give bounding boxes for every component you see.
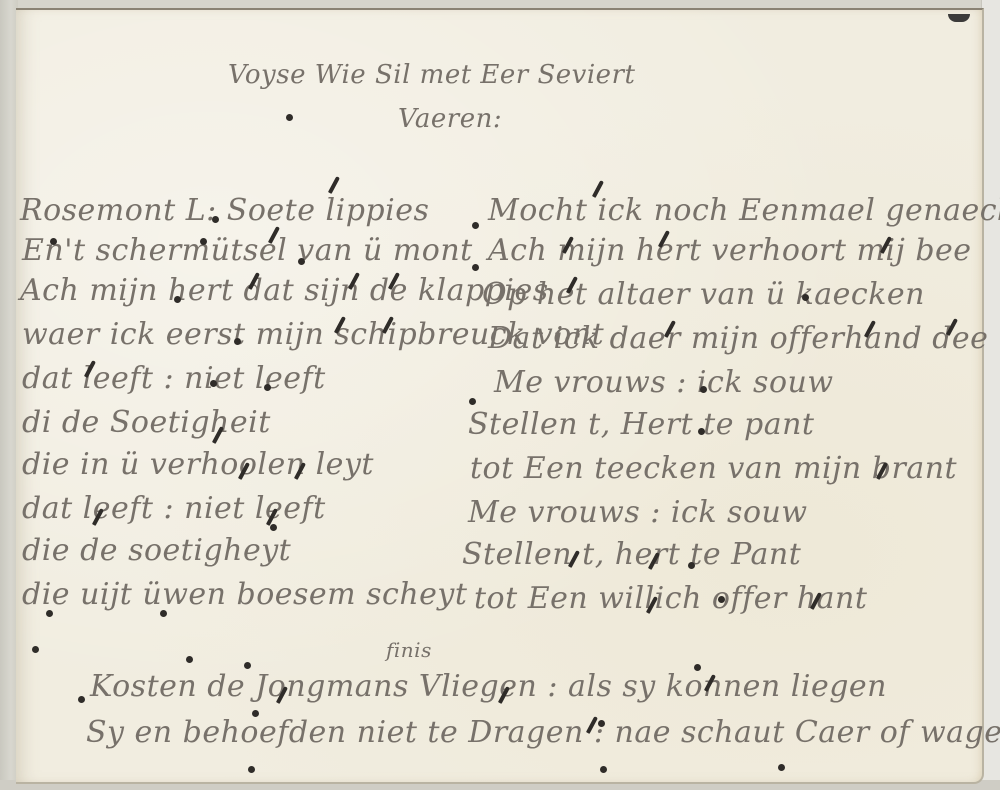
ink-blot xyxy=(700,386,707,393)
ink-blot xyxy=(46,610,53,617)
left-verse-line: En't schermütsel van ü mont xyxy=(22,236,473,266)
ink-blot xyxy=(50,238,57,245)
closing-line: Sy en behoefden niet te Dragen : nae sch… xyxy=(86,718,1000,748)
ink-blot xyxy=(270,524,277,531)
ink-blot xyxy=(212,216,219,223)
right-verse-line: Me vrouws : ick souw xyxy=(468,498,808,528)
ink-blot xyxy=(472,264,479,271)
right-verse-line: Me vrouws : ick souw xyxy=(494,368,834,398)
ink-blot xyxy=(210,380,217,387)
left-verse-line: die in ü verhoolen leyt xyxy=(22,450,374,480)
ink-blot xyxy=(694,664,701,671)
right-verse-line: Stellen t, hert te Pant xyxy=(462,540,801,570)
title-line-2: Vaeren: xyxy=(398,104,502,134)
ink-blot xyxy=(688,562,695,569)
ink-blot xyxy=(186,656,193,663)
right-verse-line: Dat ick daer mijn offerhand dee xyxy=(488,324,988,354)
ink-blot xyxy=(778,764,785,771)
right-verse-line: Mocht ick noch Eenmael genaecken xyxy=(488,196,1000,226)
ink-blot xyxy=(264,384,271,391)
left-verse-line: di de Soetigheit xyxy=(22,408,271,438)
ink-blot xyxy=(200,238,207,245)
finis-mark: finis xyxy=(386,638,432,662)
ink-blot xyxy=(698,428,705,435)
left-verse-line: Rosemont L: Soete lippies xyxy=(20,196,429,226)
right-verse-line: tot Een willich offer hant xyxy=(474,584,867,614)
ink-blot xyxy=(248,766,255,773)
ink-blot xyxy=(286,114,293,121)
left-verse-line: die de soetigheyt xyxy=(22,536,291,566)
right-verse-line: Ach mijn hert verhoort mij bee xyxy=(488,236,972,266)
ink-blot xyxy=(234,338,241,345)
ink-stroke xyxy=(328,176,340,194)
manuscript-page: Voyse Wie Sil met Eer Seviert Vaeren: Ro… xyxy=(16,8,984,784)
ink-blot xyxy=(600,766,607,773)
ink-blot xyxy=(472,222,479,229)
left-verse-line: Ach mijn hert dat sijn de klappies xyxy=(20,276,549,306)
left-verse-line: dat leeft : niet leeft xyxy=(22,494,326,524)
ink-blot xyxy=(469,398,476,405)
ink-blot xyxy=(78,696,85,703)
right-verse-line: Op het altaer van ü kaecken xyxy=(482,280,925,310)
ink-blot xyxy=(598,720,605,727)
right-verse-line: Stellen t, Hert te pant xyxy=(468,410,814,440)
title-line-1: Voyse Wie Sil met Eer Seviert xyxy=(228,60,635,90)
ink-blot xyxy=(802,294,809,301)
ink-blot xyxy=(32,646,39,653)
ink-blot xyxy=(298,258,305,265)
corner-ink-mark xyxy=(948,14,970,22)
left-verse-line: dat leeft : niet leeft xyxy=(22,364,326,394)
ink-blot xyxy=(160,610,167,617)
closing-line: Kosten de Jongmans Vliegen : als sy konn… xyxy=(90,672,887,702)
ink-blot xyxy=(244,662,251,669)
ink-blot xyxy=(174,296,181,303)
ink-blot xyxy=(718,596,725,603)
ink-blot xyxy=(252,710,259,717)
left-verse-line: die uijt üwen boesem scheyt xyxy=(22,580,467,610)
manuscript-scan: Voyse Wie Sil met Eer Seviert Vaeren: Ro… xyxy=(0,0,1000,790)
